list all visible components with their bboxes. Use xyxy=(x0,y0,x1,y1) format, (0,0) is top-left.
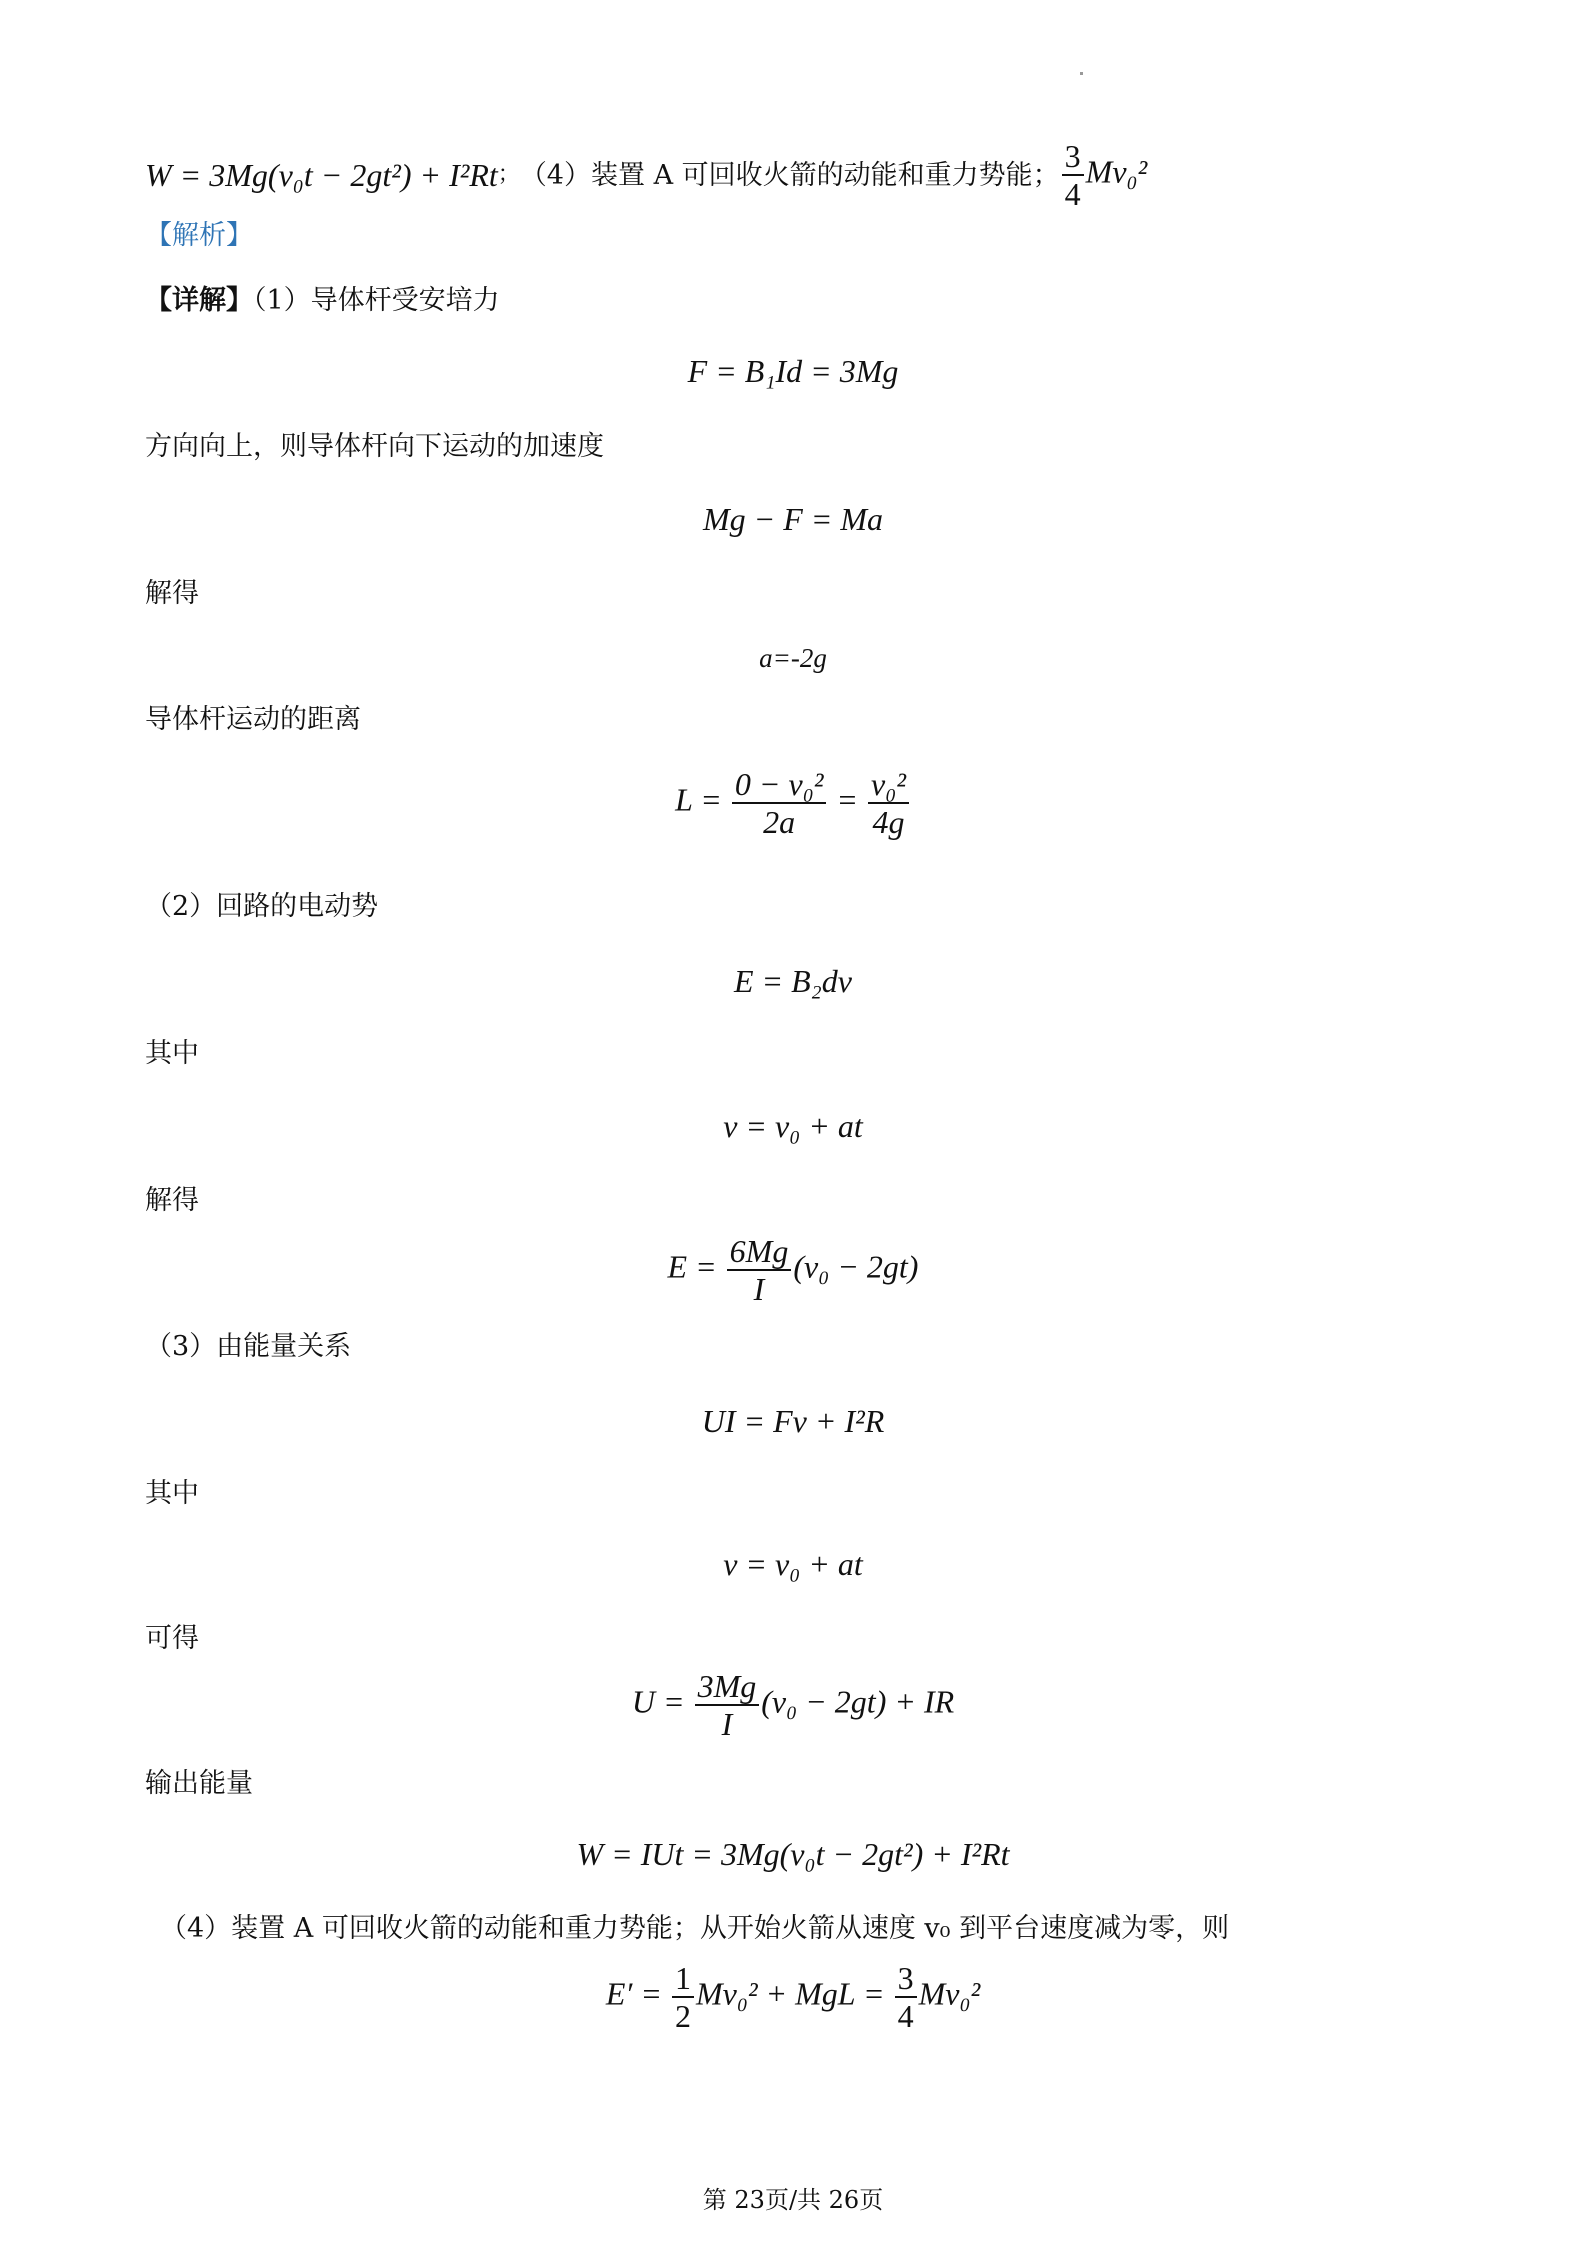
step8-text: （3）由能量关系 xyxy=(145,1333,351,1360)
eq-energy: UI = Fv + I²R xyxy=(0,1405,1586,1437)
eq-velocity-1: v = v₀ + at xyxy=(0,1110,1586,1142)
eq-newton: Mg − F = Ma xyxy=(0,503,1586,535)
eq-emf-result: E = 6MgI(v₀ − 2gt) xyxy=(0,1235,1586,1305)
step3-text: 解得 xyxy=(145,580,199,607)
answer-formula-w: W = 3Mg(v₀t − 2gt²) + I²Rt xyxy=(145,159,498,191)
eq-distance: L = 0 − v₀²2a = v₀²4g xyxy=(0,768,1586,838)
step9-text: 其中 xyxy=(145,1480,199,1507)
step5-text: （2）回路的电动势 xyxy=(145,893,378,920)
eq-output-energy: W = IUt = 3Mg(v₀t − 2gt²) + I²Rt xyxy=(0,1838,1586,1870)
step12-text: （4）装置 A 可回收火箭的动能和重力势能；从开始火箭从速度 v₀ 到平台速度减… xyxy=(160,1915,1229,1942)
eq-emf: E = B₂dv xyxy=(0,965,1586,997)
step11-text: 输出能量 xyxy=(145,1770,253,1797)
step7-text: 解得 xyxy=(145,1187,199,1214)
step6-text: 其中 xyxy=(145,1040,199,1067)
answer-line: W = 3Mg(v₀t − 2gt²) + I²Rt ； （4）装置 A 可回收… xyxy=(145,140,1147,210)
eq-voltage: U = 3MgI(v₀ − 2gt) + IR xyxy=(0,1670,1586,1740)
step1-text: （1）导体杆受安培力 xyxy=(253,285,500,316)
step4-text: 导体杆运动的距离 xyxy=(145,706,361,733)
eq-recovered-energy: E′ = 12Mv₀² + MgL = 34Mv₀² xyxy=(0,1962,1586,2032)
analysis-label: 【解析】 xyxy=(145,222,253,249)
answer-part4-text: （4）装置 A 可回收火箭的动能和重力势能； xyxy=(520,162,1060,189)
eq-ampere-force: F = B₁Id = 3Mg xyxy=(0,355,1586,387)
eq-velocity-2: v = v₀ + at xyxy=(0,1548,1586,1580)
answer-separator: ； xyxy=(498,164,520,186)
step10-text: 可得 xyxy=(145,1625,199,1652)
answer-fraction: 34 xyxy=(1062,140,1084,210)
detail-heading: 【详解】（1）导体杆受安培力 xyxy=(145,287,500,314)
eq-acceleration: a=-2g xyxy=(0,645,1586,672)
page-footer: 第 23页/共 26页 xyxy=(0,2188,1586,2212)
answer-tail: Mv₀² xyxy=(1086,153,1148,189)
detail-label: 【详解】 xyxy=(145,285,253,316)
step2-text: 方向向上，则导体杆向下运动的加速度 xyxy=(145,433,604,460)
scan-dot xyxy=(1080,72,1083,75)
